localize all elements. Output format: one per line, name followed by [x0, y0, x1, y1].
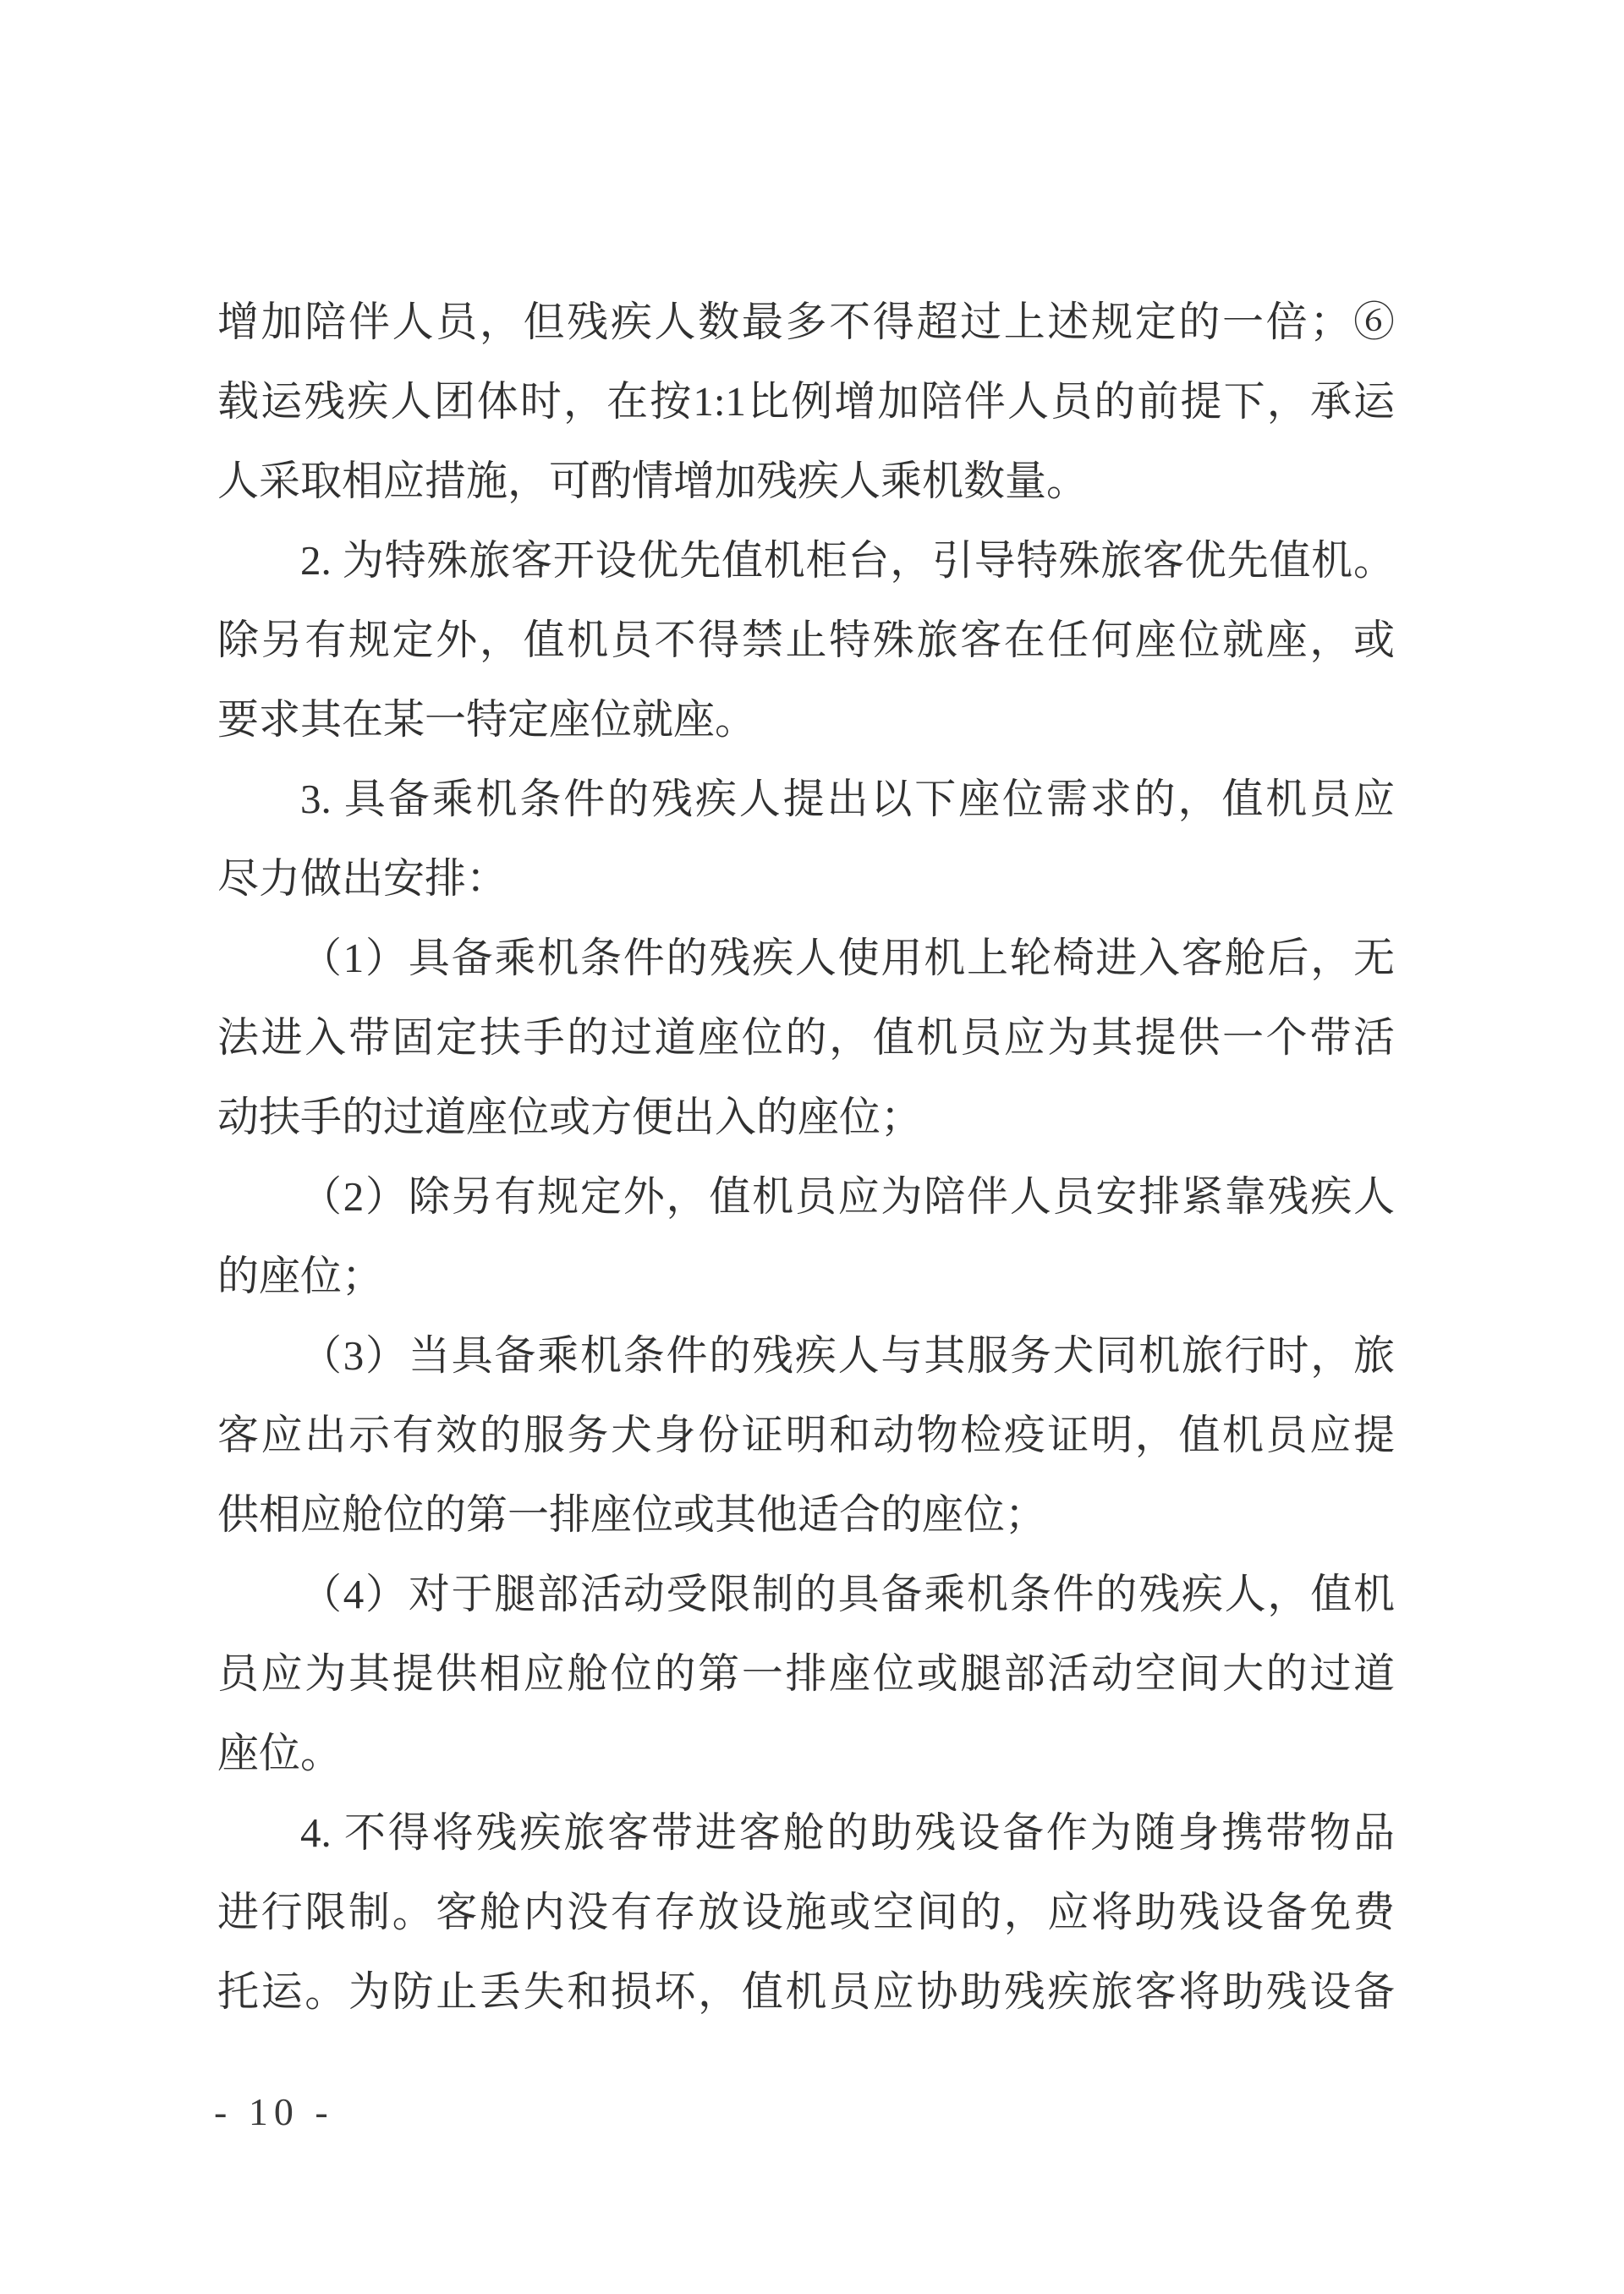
text-line: 除另有规定外，值机员不得禁止特殊旅客在任何座位就座，或	[217, 601, 1395, 680]
text-line: 尽力做出安排：	[217, 839, 1395, 919]
body-text: 增加陪伴人员，但残疾人数最多不得超过上述规定的一倍；⑥ 载运残疾人团体时，在按1…	[217, 283, 1395, 2032]
text-line: 3. 具备乘机条件的残疾人提出以下座位需求的，值机员应	[217, 760, 1395, 839]
text-line: 客应出示有效的服务犬身份证明和动物检疫证明，值机员应提	[217, 1396, 1395, 1475]
text-line: （2）除另有规定外，值机员应为陪伴人员安排紧靠残疾人	[217, 1157, 1395, 1237]
text-line: 的座位；	[217, 1237, 1395, 1316]
text-line: 载运残疾人团体时，在按1:1比例增加陪伴人员的前提下，承运	[217, 362, 1395, 442]
text-line: 法进入带固定扶手的过道座位的，值机员应为其提供一个带活	[217, 998, 1395, 1078]
text-line: 座位。	[217, 1714, 1395, 1793]
text-line: 动扶手的过道座位或方便出入的座位；	[217, 1078, 1395, 1157]
text-line: 员应为其提供相应舱位的第一排座位或腿部活动空间大的过道	[217, 1634, 1395, 1714]
text-line: 进行限制。客舱内没有存放设施或空间的，应将助残设备免费	[217, 1873, 1395, 1952]
page-number: - 10 -	[214, 2083, 334, 2142]
text-line: （4）对于腿部活动受限制的具备乘机条件的残疾人，值机	[217, 1555, 1395, 1634]
text-line: 4. 不得将残疾旅客带进客舱的助残设备作为随身携带物品	[217, 1793, 1395, 1873]
text-line: 供相应舱位的第一排座位或其他适合的座位；	[217, 1475, 1395, 1555]
text-line: 人采取相应措施，可酌情增加残疾人乘机数量。	[217, 442, 1395, 521]
text-line: 2. 为特殊旅客开设优先值机柜台，引导特殊旅客优先值机。	[217, 521, 1395, 601]
text-line: （1）具备乘机条件的残疾人使用机上轮椅进入客舱后，无	[217, 919, 1395, 998]
text-line: （3）当具备乘机条件的残疾人与其服务犬同机旅行时，旅	[217, 1316, 1395, 1396]
document-page: 增加陪伴人员，但残疾人数最多不得超过上述规定的一倍；⑥ 载运残疾人团体时，在按1…	[0, 0, 1624, 2294]
text-line: 增加陪伴人员，但残疾人数最多不得超过上述规定的一倍；⑥	[217, 283, 1395, 362]
text-line: 要求其在某一特定座位就座。	[217, 680, 1395, 760]
text-line: 托运。为防止丢失和损坏，值机员应协助残疾旅客将助残设备	[217, 1952, 1395, 2032]
